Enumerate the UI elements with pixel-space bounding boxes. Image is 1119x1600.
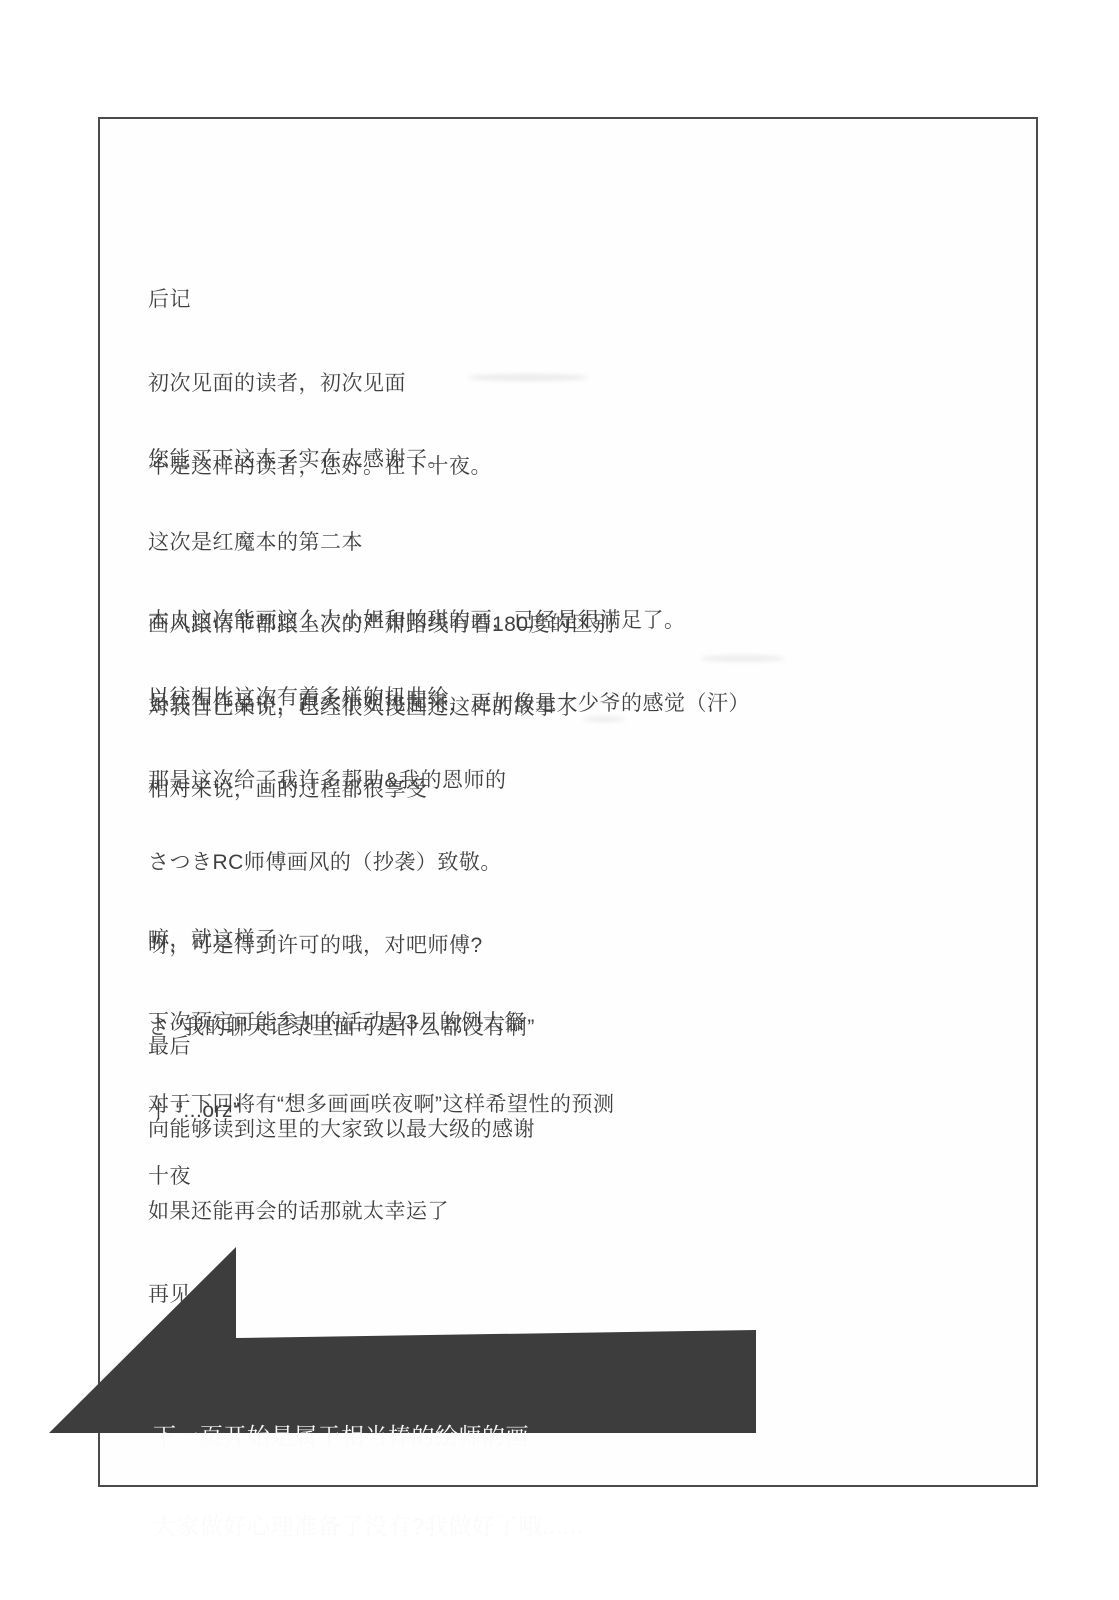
text-line: 以往相比这次有着多样的扭曲绘 xyxy=(148,684,535,712)
banner-text-line: 大家做好心理准备了没有?我做好了哦...... xyxy=(153,1511,584,1541)
text-line: 最后 xyxy=(148,1033,535,1061)
text-line: 您能买下这本子实在太感谢了。 xyxy=(148,446,615,474)
next-page-banner-text: 下一页开始是属于相当棒的绘师的画 大家做好心理准备了没有?我做好了哦...... xyxy=(153,1361,584,1571)
signature-text: 十夜 xyxy=(148,1163,191,1191)
title-text: 后记 xyxy=(148,286,191,314)
text-line: 如果还能再会的话那就太幸运了 xyxy=(148,1198,535,1226)
text-line: 向能够读到这里的大家致以最大级的感谢 xyxy=(148,1116,535,1144)
banner-text-line: 下一页开始是属于相当棒的绘师的画 xyxy=(153,1421,584,1451)
text-line: 那是这次给了我许多帮助&我的恩师的 xyxy=(148,767,535,795)
text-line: 嘛，就这样子 xyxy=(148,926,615,954)
signature: 十夜 xyxy=(148,1108,191,1218)
scanned-afterword-page: { "colors": { "ink": "#3f3f3f", "paper":… xyxy=(0,0,1119,1600)
